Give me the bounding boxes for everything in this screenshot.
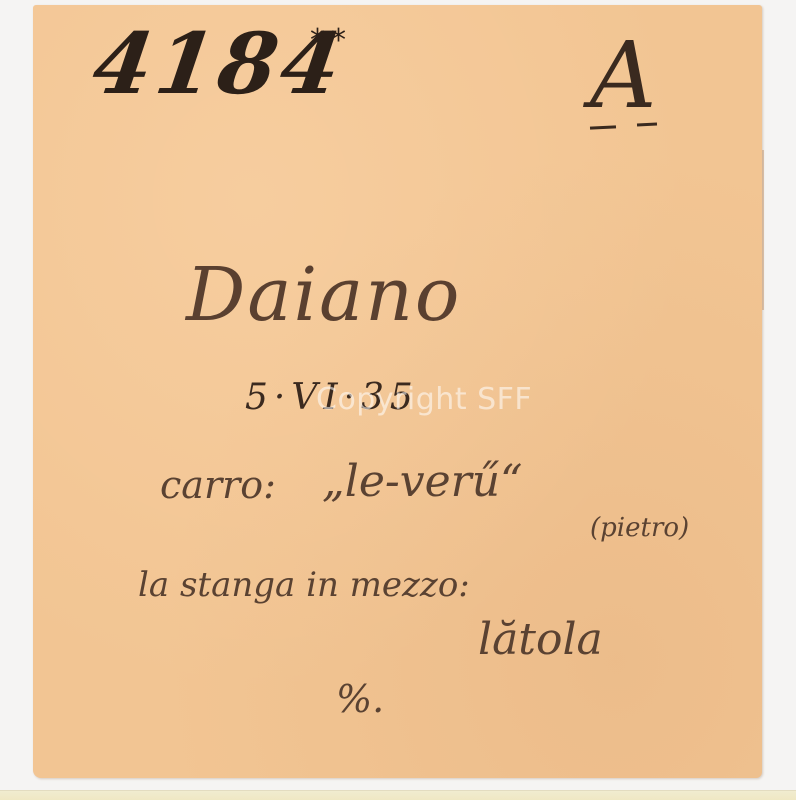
entry-label-stanga: la stanga in mezzo: <box>138 568 470 602</box>
end-mark: %. <box>336 680 384 718</box>
entry-term-stanga: lătola <box>478 618 603 662</box>
place-name: Daiano <box>186 258 461 332</box>
star-marks: ** <box>310 26 352 56</box>
entry-term-carro: „le-verű“ <box>322 460 523 504</box>
card-edge-shadow <box>762 150 764 310</box>
copyright-watermark: Copyright SFF <box>316 382 532 417</box>
informant-annotation: (pietro) <box>590 515 689 541</box>
series-letter: A <box>590 30 656 122</box>
scan-canvas: 4184 ** A Daiano 5·VI·35 carro: „le-verű… <box>0 0 796 800</box>
mount-strip <box>0 790 796 800</box>
entry-label-carro: carro: <box>160 466 276 504</box>
